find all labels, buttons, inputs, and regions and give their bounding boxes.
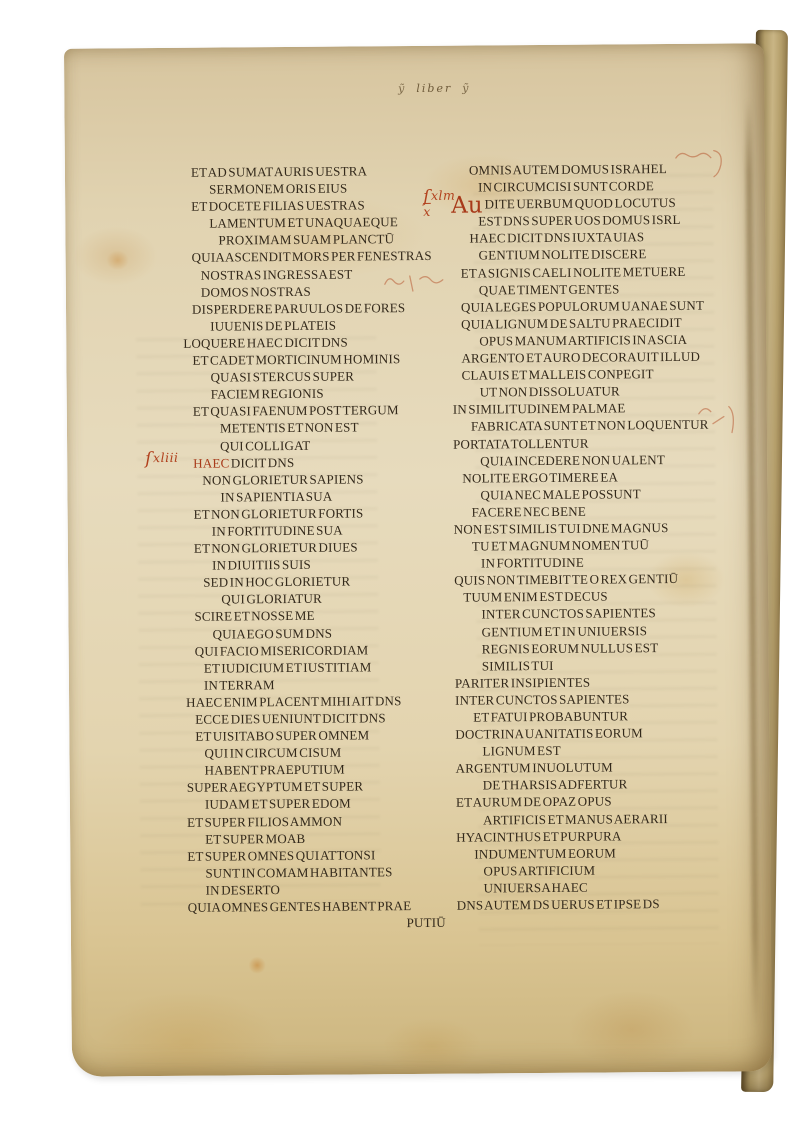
manuscript-photo: ỹliberỹ ſxliii ſxlmx ET AD SUMAT AURIS U… <box>0 0 800 1144</box>
text-line: PROXIMAM SUAM PLANCTŪ <box>218 230 444 249</box>
text-line: PORTATA TOLLENTUR <box>453 433 729 452</box>
text-line: QUIA LEGES POPULORUM UANAE SUNT <box>461 296 728 315</box>
text-line: DISPERDERE PARUULOS DE FORES <box>192 299 445 318</box>
text-line: PUTIŪ <box>188 914 450 933</box>
text-line: TUUM ENIM EST DECUS <box>463 587 730 606</box>
text-line: ET NON GLORIETUR DIUES <box>194 538 447 557</box>
text-line: NOLITE ERGO TIMERE EA <box>462 467 729 486</box>
text-line: INDUMENTUM EORUM <box>474 843 732 862</box>
text-line: ET AURUM DE OPAZ OPUS <box>456 792 732 811</box>
text-line: IN CIRCUMCISI SUNT CORDE <box>478 177 727 196</box>
text-line: IN DIUITIIS SUIS <box>212 555 447 574</box>
running-title-text: liber <box>416 82 452 95</box>
text-line: TU ET MAGNUM NOMEN TUŪ <box>472 536 730 555</box>
text-line: QUASI STERCUS SUPER <box>210 367 445 386</box>
text-line: UNIUERSA HAEC <box>484 877 733 896</box>
text-line: QUI FACIO MISERICORDIAM <box>195 640 448 659</box>
text-line: SCIRE ET NOSSE ME <box>194 606 447 625</box>
text-line: GENTIUM ET IN UNIUERSIS <box>481 621 730 640</box>
title-flourish-left: ỹ <box>388 82 416 95</box>
text-line: QUIA NEC MALE POSSUNT <box>480 484 729 503</box>
text-line: HAEC DICIT DNS IUXTA UIAS <box>469 228 727 247</box>
text-line: METENTIS ET NON EST <box>220 418 446 437</box>
text-line: ECCE DIES UENIUNT DICIT DNS <box>195 709 448 728</box>
text-line: NON EST SIMILIS TUI DNE MAGNUS <box>454 519 730 538</box>
text-line: ET SUPER OMNES QUI ATTONSI <box>187 846 449 865</box>
text-line: LAMENTUM ET UNAQUAEQUE <box>209 213 444 232</box>
page-edge-seam <box>745 98 758 1026</box>
text-column-right: OMNIS AUTEM DOMUS ISRAHELIN CIRCUMCISI S… <box>451 160 733 914</box>
text-line: PARITER INSIPIENTES <box>455 672 731 691</box>
text-line: IN FORTITUDINE <box>481 553 730 572</box>
text-line: HYACINTHUS ET PURPURA <box>456 826 732 845</box>
text-line: SUPER AEGYPTUM ET SUPER <box>187 777 449 796</box>
marginal-gloss-icon <box>673 146 725 178</box>
rubric-word: HAEC <box>193 455 229 470</box>
text-line: DE THARSIS ADFERTUR <box>483 775 732 794</box>
text-line: UT NON DISSOLUATUR <box>480 382 729 401</box>
text-line: INTER CUNCTOS SAPIENTES <box>455 689 731 708</box>
text-line: QUIA ASCENDIT MORS PER FENESTRAS <box>192 247 445 266</box>
marginal-gloss-icon <box>382 270 446 297</box>
text-line: IUDAM ET SUPER EDOM <box>205 794 449 813</box>
text-line: QUIA OMNES GENTES HABENT PRAE <box>188 897 450 916</box>
text-line: QUI COLLIGAT <box>220 435 446 454</box>
manuscript-page: ỹliberỹ ſxliii ſxlmx ET AD SUMAT AURIS U… <box>64 43 772 1076</box>
text-line: AuDITE UERBUM QUOD LOCUTUS <box>451 194 727 213</box>
text-line: FACIEM REGIONIS <box>211 384 446 403</box>
text-line: HAEC DICIT DNS <box>193 452 446 471</box>
text-line: ET DOCETE FILIAS UESTRAS <box>191 196 444 215</box>
text-line: IN SAPIENTIA SUA <box>220 487 446 506</box>
text-line: QUIA INCEDERE NON UALENT <box>480 450 729 469</box>
text-line: FABRICATA SUNT ET NON LOQUENTUR <box>471 416 729 435</box>
text-line: ET IUDICIUM ET IUSTITIAM <box>204 657 448 676</box>
text-line: SED IN HOC GLORIETUR <box>203 572 447 591</box>
text-line: ET SUPER FILIOS AMMON <box>187 811 449 830</box>
text-line: ARTIFICIS ET MANUS AERARII <box>483 809 732 828</box>
text-line: ARGENTO ET AURO DECORAUIT ILLUD <box>461 348 728 367</box>
text-line: OPUS ARTIFICIUM <box>483 860 732 879</box>
text-line: ET A SIGNIS CAELI NOLITE METUERE <box>461 262 728 281</box>
text-line: GENTIUM NOLITE DISCERE <box>479 245 728 264</box>
running-title: ỹliberỹ <box>344 81 524 95</box>
text-line: ET FATUI PROBABUNTUR <box>473 707 731 726</box>
text-line: IN DESERTO <box>206 880 450 899</box>
title-flourish-right: ỹ <box>452 81 480 94</box>
text-line: EST DNS SUPER UOS DOMUS ISRL <box>478 211 727 230</box>
text-line: ARGENTUM INUOLUTUM <box>456 758 732 777</box>
text-line: INTER CUNCTOS SAPIENTES <box>481 604 730 623</box>
text-line: DOCTRINA UANITATIS EORUM <box>455 724 731 743</box>
text-line: SERMONEM ORIS EIUS <box>209 179 444 198</box>
text-line: ET SUPER MOAB <box>205 828 449 847</box>
text-line: DNS AUTEM DS UERUS ET IPSE DS <box>457 895 733 914</box>
text-line: QUAE TIMENT GENTES <box>479 279 728 298</box>
text-line: IN SIMILITUDINEM PALMAE <box>453 399 729 418</box>
text-line: NON GLORIETUR SAPIENS <box>202 469 446 488</box>
text-line: CLAUIS ET MALLEIS CONPEGIT <box>461 365 728 384</box>
text-line: OPUS MANUM ARTIFICIS IN ASCIA <box>479 330 728 349</box>
text-line: HAEC ENIM PLACENT MIHI AIT DNS <box>186 692 448 711</box>
text-line: IUUENIS DE PLATEIS <box>210 316 445 335</box>
text-line: ET NON GLORIETUR FORTIS <box>194 504 447 523</box>
text-line: ET CADET MORTICINUM HOMINIS <box>192 350 445 369</box>
text-line: SIMILIS TUI <box>482 655 731 674</box>
text-line: LIGNUM EST <box>482 741 731 760</box>
text-line: QUIA LIGNUM DE SALTU PRAECIDIT <box>461 313 728 332</box>
text-line: SUNT IN COMAM HABITANTES <box>205 863 449 882</box>
text-line: FACERE NEC BENE <box>472 501 730 520</box>
text-line: ET AD SUMAT AURIS UESTRA <box>191 162 444 181</box>
text-line: QUIS NON TIMEBIT TE O REX GENTIŪ <box>454 570 730 589</box>
text-line: LOQUERE HAEC DICIT DNS <box>183 333 445 352</box>
text-line: QUI GLORIATUR <box>221 589 447 608</box>
text-line: HABENT PRAEPUTIUM <box>205 760 449 779</box>
text-line: ET UISITABO SUPER OMNEM <box>195 726 448 745</box>
text-line: REGNIS EORUM NULLUS EST <box>482 638 731 657</box>
text-line: IN FORTITUDINE SUA <box>212 521 447 540</box>
marginal-gloss-icon <box>695 403 741 437</box>
text-line: QUI IN CIRCUM CISUM <box>204 743 448 762</box>
text-line: ET QUASI FAENUM POST TERGUM <box>193 401 446 420</box>
text-line: QUIA EGO SUM DNS <box>213 623 448 642</box>
text-line: IN TERRAM <box>204 675 448 694</box>
